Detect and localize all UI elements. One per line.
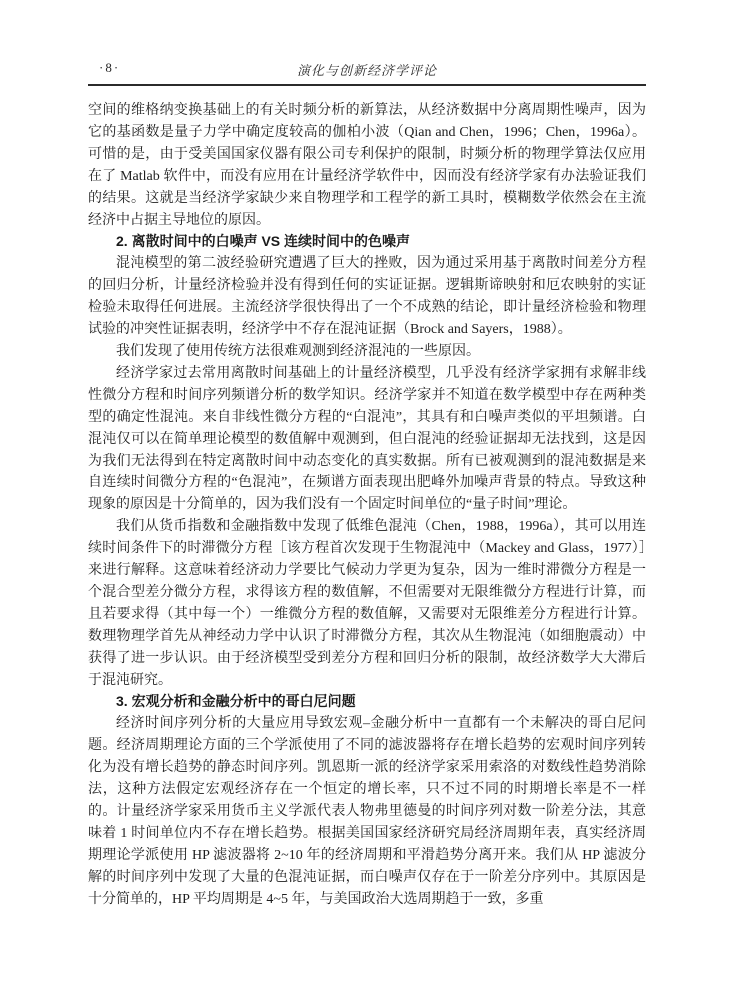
body-paragraph: 空间的维格纳变换基础上的有关时频分析的新算法，从经济数据中分离周期性噪声，因为它… [88,100,646,231]
body-paragraph: 经济时间序列分析的大量应用导致宏观–金融分析中一直都有一个未解决的哥白尼问题。经… [88,713,646,910]
running-header: ·8· 演化与创新经济学评论 [88,60,646,78]
running-title: 演化与创新经济学评论 [88,60,646,79]
header-rule [88,84,646,86]
page-body: 空间的维格纳变换基础上的有关时频分析的新算法，从经济数据中分离周期性噪声，因为它… [88,100,646,911]
body-paragraph: 混沌模型的第二波经验研究遭遇了巨大的挫败，因为通过采用基于离散时间差分方程的回归… [88,253,646,341]
body-paragraph: 我们从货币指数和金融指数中发现了低维色混沌（Chen，1988，1996a），其… [88,516,646,691]
body-paragraph: 我们发现了使用传统方法很难观测到经济混沌的一些原因。 [88,341,646,363]
section-heading: 2. 离散时间中的白噪声 VS 连续时间中的色噪声 [88,231,646,253]
document-page: ·8· 演化与创新经济学评论 空间的维格纳变换基础上的有关时频分析的新算法，从经… [0,0,729,1005]
body-paragraph: 经济学家过去常用离散时间基础上的计量经济模型，几乎没有经济学家拥有求解非线性微分… [88,363,646,516]
section-heading: 3. 宏观分析和金融分析中的哥白尼问题 [88,691,646,713]
